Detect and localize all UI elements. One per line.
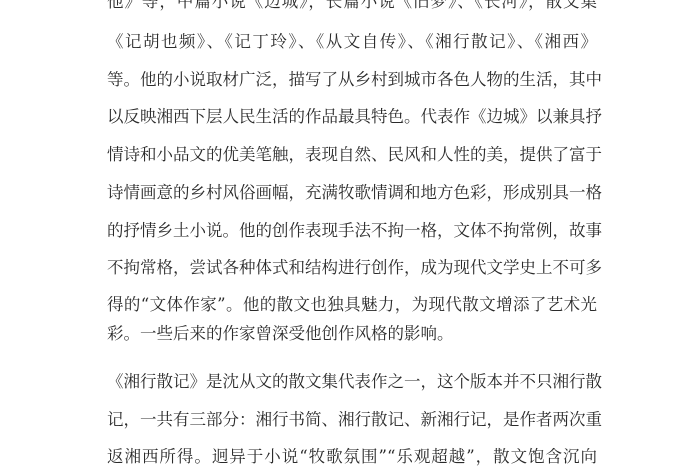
text-line: 诗情画意的乡村风俗画幅，充满牧歌情调和地方色彩，形成别具一格: [107, 182, 597, 204]
text-line: 等。他的小说取材广泛，描写了从乡村到城市各色人物的生活，其中: [107, 69, 597, 91]
text-line: 《湘行散记》是沈从文的散文集代表作之一，这个版本并不只湘行散: [107, 371, 597, 393]
text-line: 《记胡也频》、《记丁玲》、《从文自传》、《湘行散记》、《湘西》: [107, 31, 597, 53]
text-line: 彩。一些后来的作家曾深受他创作风格的影响。: [107, 323, 597, 345]
text-line: 得的“文体作家”。他的散文也独具魅力，为现代散文增添了艺术光: [107, 294, 597, 316]
text-line: 情诗和小品文的优美笔触，表现自然、民风和人性的美，提供了富于: [107, 144, 597, 166]
text-line: 的抒情乡土小说。他的创作表现手法不拘一格，文体不拘常例，故事: [107, 220, 597, 242]
text-line: 他》等，中篇小说《边城》，长篇小说《旧梦》、《长河》，散文集: [107, 0, 597, 13]
text-line: 返湘西所得。迥异于小说“牧歌氛围”“乐观超越”，散文饱含沉向: [107, 446, 597, 468]
text-line: 不拘常格，尝试各种体式和结构进行创作，成为现代文学史上不可多: [107, 257, 597, 279]
text-line: 记，一共有三部分：湘行书简、湘行散记、新湘行记，是作者两次重: [107, 409, 597, 431]
document-page: 他》等，中篇小说《边城》，长篇小说《旧梦》、《长河》，散文集 《记胡也频》、《记…: [0, 0, 700, 470]
text-line: 以反映湘西下层人民生活的作品最具特色。代表作《边城》以兼具抒: [107, 106, 597, 128]
